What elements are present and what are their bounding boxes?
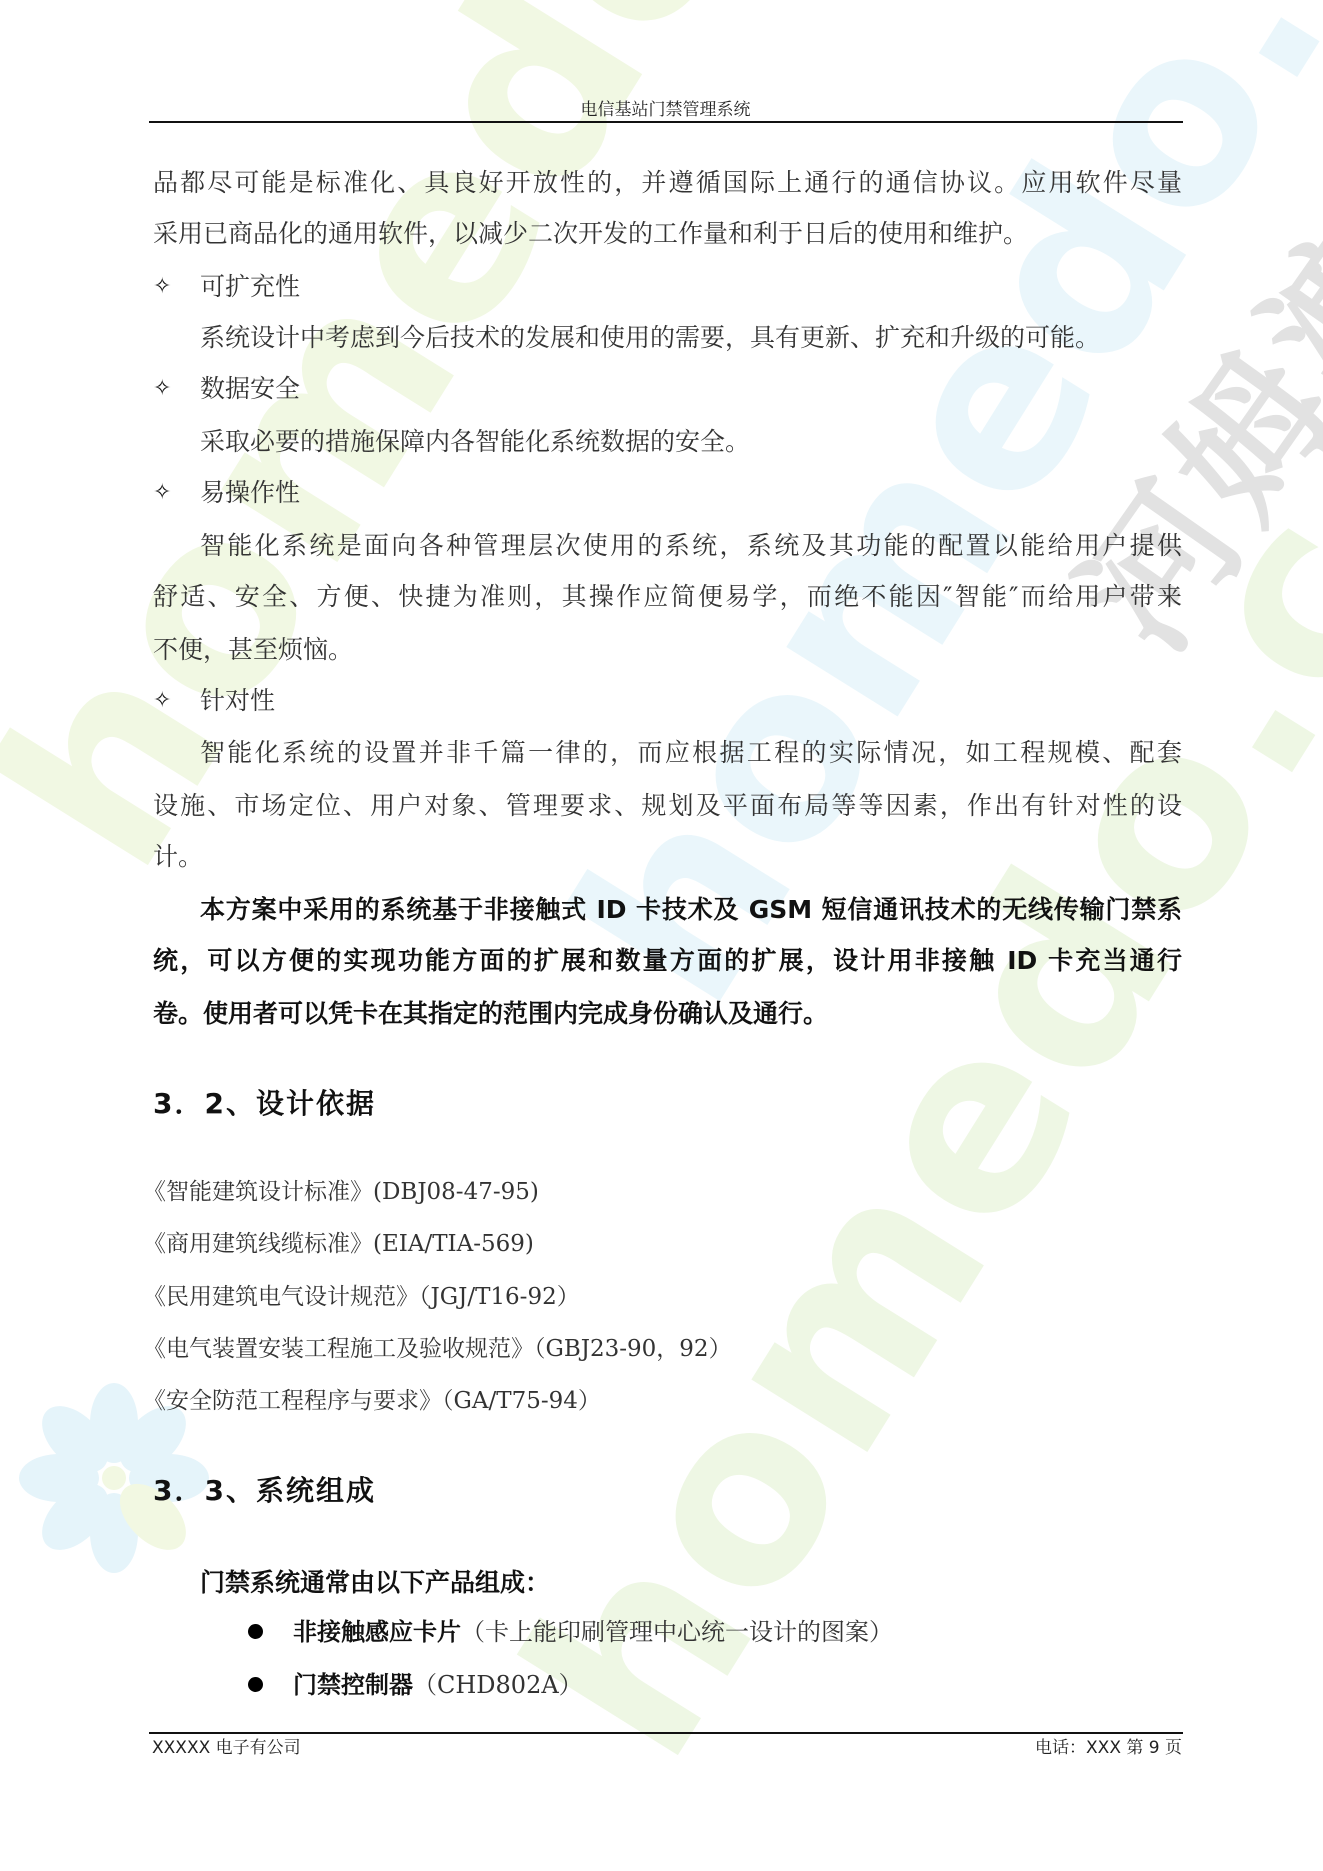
feature-description: 智能化系统的设置并非千篇一律的，而应根据工程的实际情况，如工程规模、配套 xyxy=(200,738,1182,768)
summary-line: 统，可以方便的实现功能方面的扩展和数量方面的扩展，设计用非接触 ID 卡充当通行 xyxy=(153,946,1182,976)
footer-contact-page: 电话：XXX 第 9 页 xyxy=(1035,1737,1182,1759)
reference-item: 《电气装置安装工程施工及验收规范》（GBJ23-90，92） xyxy=(143,1334,732,1364)
reference-item: 《民用建筑电气设计规范》（JGJ/T16-92） xyxy=(143,1282,580,1312)
component-item: 非接触感应卡片（卡上能印刷管理中心统一设计的图案） xyxy=(293,1617,893,1647)
watermark-homedo-center: homedo.com xyxy=(520,0,1323,1048)
component-item: 门禁控制器（CHD802A） xyxy=(293,1670,583,1700)
section-heading-3-3: 3．3、系统组成 xyxy=(153,1474,376,1508)
paragraph-line: 品都尽可能是标准化、具良好开放性的，并遵循国际上通行的通信协议。应用软件尽量 xyxy=(153,168,1182,198)
footer-company: XXXXX 电子有公司 xyxy=(152,1737,301,1759)
paragraph-line: 采用已商品化的通用软件，以减少二次开发的工作量和利于日后的使用和维护。 xyxy=(153,219,1182,249)
section-heading-3-2: 3．2、设计依据 xyxy=(153,1087,376,1121)
feature-description: 智能化系统是面向各种管理层次使用的系统，系统及其功能的配置以能给用户提供 xyxy=(200,531,1182,561)
watermark-homedo-left: homedo.com xyxy=(0,0,1165,914)
bullet-dot-icon xyxy=(248,1677,263,1692)
diamond-bullet-icon: ✧ xyxy=(153,478,171,508)
component-name: 非接触感应卡片 xyxy=(293,1618,461,1646)
feature-description: 设施、市场定位、用户对象、管理要求、规划及平面布局等等因素，作出有针对性的设 xyxy=(153,791,1182,821)
summary-line: 本方案中采用的系统基于非接触式 ID 卡技术及 GSM 短信通讯技术的无线传输门… xyxy=(200,895,1182,925)
diamond-bullet-icon: ✧ xyxy=(153,374,171,404)
feature-label: 易操作性 xyxy=(200,478,300,508)
reference-item: 《智能建筑设计标准》(DBJ08-47-95) xyxy=(143,1177,539,1207)
feature-description: 系统设计中考虑到今后技术的发展和使用的需要，具有更新、扩充和升级的可能。 xyxy=(200,323,1182,353)
feature-description: 计。 xyxy=(153,842,1182,872)
component-note: （卡上能印刷管理中心统一设计的图案） xyxy=(461,1618,893,1646)
diamond-bullet-icon: ✧ xyxy=(153,272,171,302)
components-intro: 门禁系统通常由以下产品组成： xyxy=(200,1568,1182,1598)
footer-rule xyxy=(149,1732,1183,1734)
page-header-title: 电信基站门禁管理系统 xyxy=(149,95,1182,120)
bullet-dot-icon xyxy=(248,1624,263,1639)
feature-description: 舒适、安全、方便、快捷为准则，其操作应简便易学，而绝不能因″智能″而给用户带来 xyxy=(153,582,1182,612)
diamond-bullet-icon: ✧ xyxy=(153,686,171,716)
reference-item: 《安全防范工程程序与要求》（GA/T75-94） xyxy=(143,1386,601,1416)
feature-description: 不便，甚至烦恼。 xyxy=(153,635,1182,665)
feature-label: 数据安全 xyxy=(200,374,300,404)
component-name: 门禁控制器 xyxy=(293,1671,413,1699)
header-rule xyxy=(149,121,1183,123)
feature-label: 针对性 xyxy=(200,686,275,716)
feature-description: 采取必要的措施保障内各智能化系统数据的安全。 xyxy=(200,427,1182,457)
summary-line: 卷。使用者可以凭卡在其指定的范围内完成身份确认及通行。 xyxy=(153,999,1182,1029)
feature-label: 可扩充性 xyxy=(200,272,300,302)
reference-item: 《商用建筑线缆标准》(EIA/TIA-569) xyxy=(143,1229,534,1259)
component-note: （CHD802A） xyxy=(413,1671,583,1699)
